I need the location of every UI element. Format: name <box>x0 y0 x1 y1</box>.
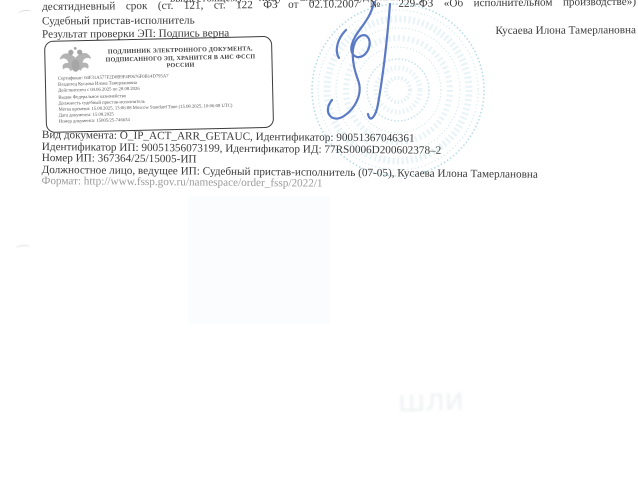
scan-bleedthrough-area <box>188 196 330 324</box>
pencil-mark <box>18 9 33 17</box>
esignature-stamp-box: ПОДЛИННИК ЭЛЕКТРОННОГО ДОКУМЕНТА, ПОДПИС… <box>44 36 274 133</box>
officer-name: Кусаева Илона Тамерлановна <box>336 25 636 38</box>
smudge-mark <box>16 244 30 250</box>
coat-of-arms-icon <box>57 45 94 76</box>
officer-title-line: Судебный пристав-исполнитель <box>42 16 195 28</box>
document-details-block: Вид документа: O_IP_ACT_ARR_GETAUC, Иден… <box>41 130 638 193</box>
scanned-document-page: шли вышестоящему лицу Службы судебных пр… <box>0 0 638 480</box>
ghost-bleedthrough-text: шли <box>397 381 488 426</box>
handwritten-signature <box>312 0 422 140</box>
stamp-header-line2: ПОДПИСАННОГО ЭП, ХРАНИТСЯ В АИС ФССП РОС… <box>97 54 263 73</box>
